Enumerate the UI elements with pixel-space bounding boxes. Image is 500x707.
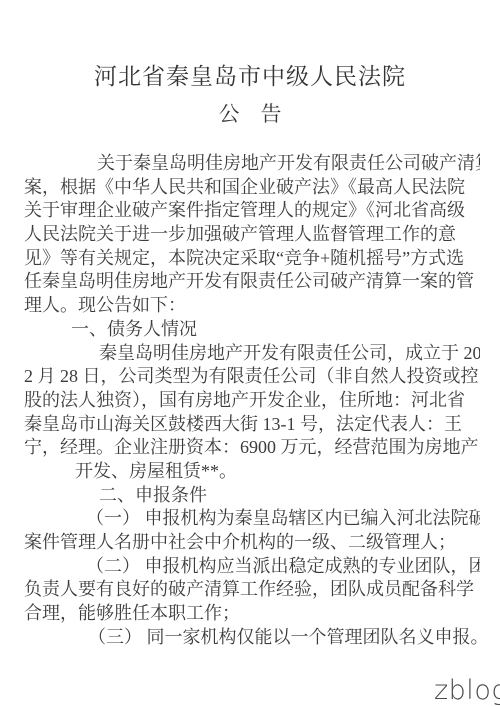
- body-line: 关于审理企业破产案件指定管理人的规定》《河北省高级: [24, 199, 480, 223]
- body-line: （三） 同一家机构仅能以一个管理团队名义申报。申: [24, 626, 480, 650]
- body-line: （一） 申报机构为秦皇岛辖区内已编入河北法院破产: [24, 507, 480, 531]
- body-line: 秦皇岛市山海关区鼓楼西大街 13-1 号，法定代表人：王: [24, 413, 480, 437]
- zblog-watermark: zblog: [434, 675, 500, 706]
- body-line: 案件管理人名册中社会中介机构的一级、二级管理人；: [24, 531, 480, 555]
- section-heading-requirements: 二、申报条件: [24, 484, 480, 508]
- body-line: 秦皇岛明佳房地产开发有限责任公司，成立于 2010 年: [24, 342, 480, 366]
- body-line: 2 月 28 日，公司类型为有限责任公司（非自然人投资或控: [24, 365, 480, 389]
- body-line: 人民法院关于进一步加强破产管理人监督管理工作的意: [24, 223, 480, 247]
- announcement-body: 关于秦皇岛明佳房地产开发有限责任公司破产清算一 案，根据《中华人民共和国企业破产…: [24, 152, 480, 649]
- body-line: 关于秦皇岛明佳房地产开发有限责任公司破产清算一: [24, 152, 480, 176]
- section-heading-debtor: 一、债务人情况: [24, 318, 480, 342]
- body-line: 负责人要有良好的破产清算工作经验，团队成员配备科学: [24, 578, 480, 602]
- announcement-subtitle: 公 告: [0, 98, 500, 128]
- court-announcement-page: 河北省秦皇岛市中级人民法院 公 告 关于秦皇岛明佳房地产开发有限责任公司破产清算…: [0, 0, 500, 707]
- body-line: 股的法人独资），国有房地产开发企业，住所地：河北省: [24, 389, 480, 413]
- body-line: 宁，经理。企业注册资本：6900 万元，经营范围为房地产: [24, 436, 480, 460]
- court-name-title: 河北省秦皇岛市中级人民法院: [0, 58, 500, 91]
- body-line: 任秦皇岛明佳房地产开发有限责任公司破产清算一案的管: [24, 270, 480, 294]
- body-line: （二） 申报机构应当派出稳定成熟的专业团队，团队: [24, 555, 480, 579]
- body-line: 见》等有关规定，本院决定采取“竞争+随机摇号”方式选: [24, 247, 480, 271]
- body-line: 开发、房屋租赁**。: [24, 460, 480, 484]
- body-line: 合理，能够胜任本职工作；: [24, 602, 480, 626]
- body-line: 理人。现公告如下：: [24, 294, 480, 318]
- body-line: 案，根据《中华人民共和国企业破产法》《最高人民法院: [24, 176, 480, 200]
